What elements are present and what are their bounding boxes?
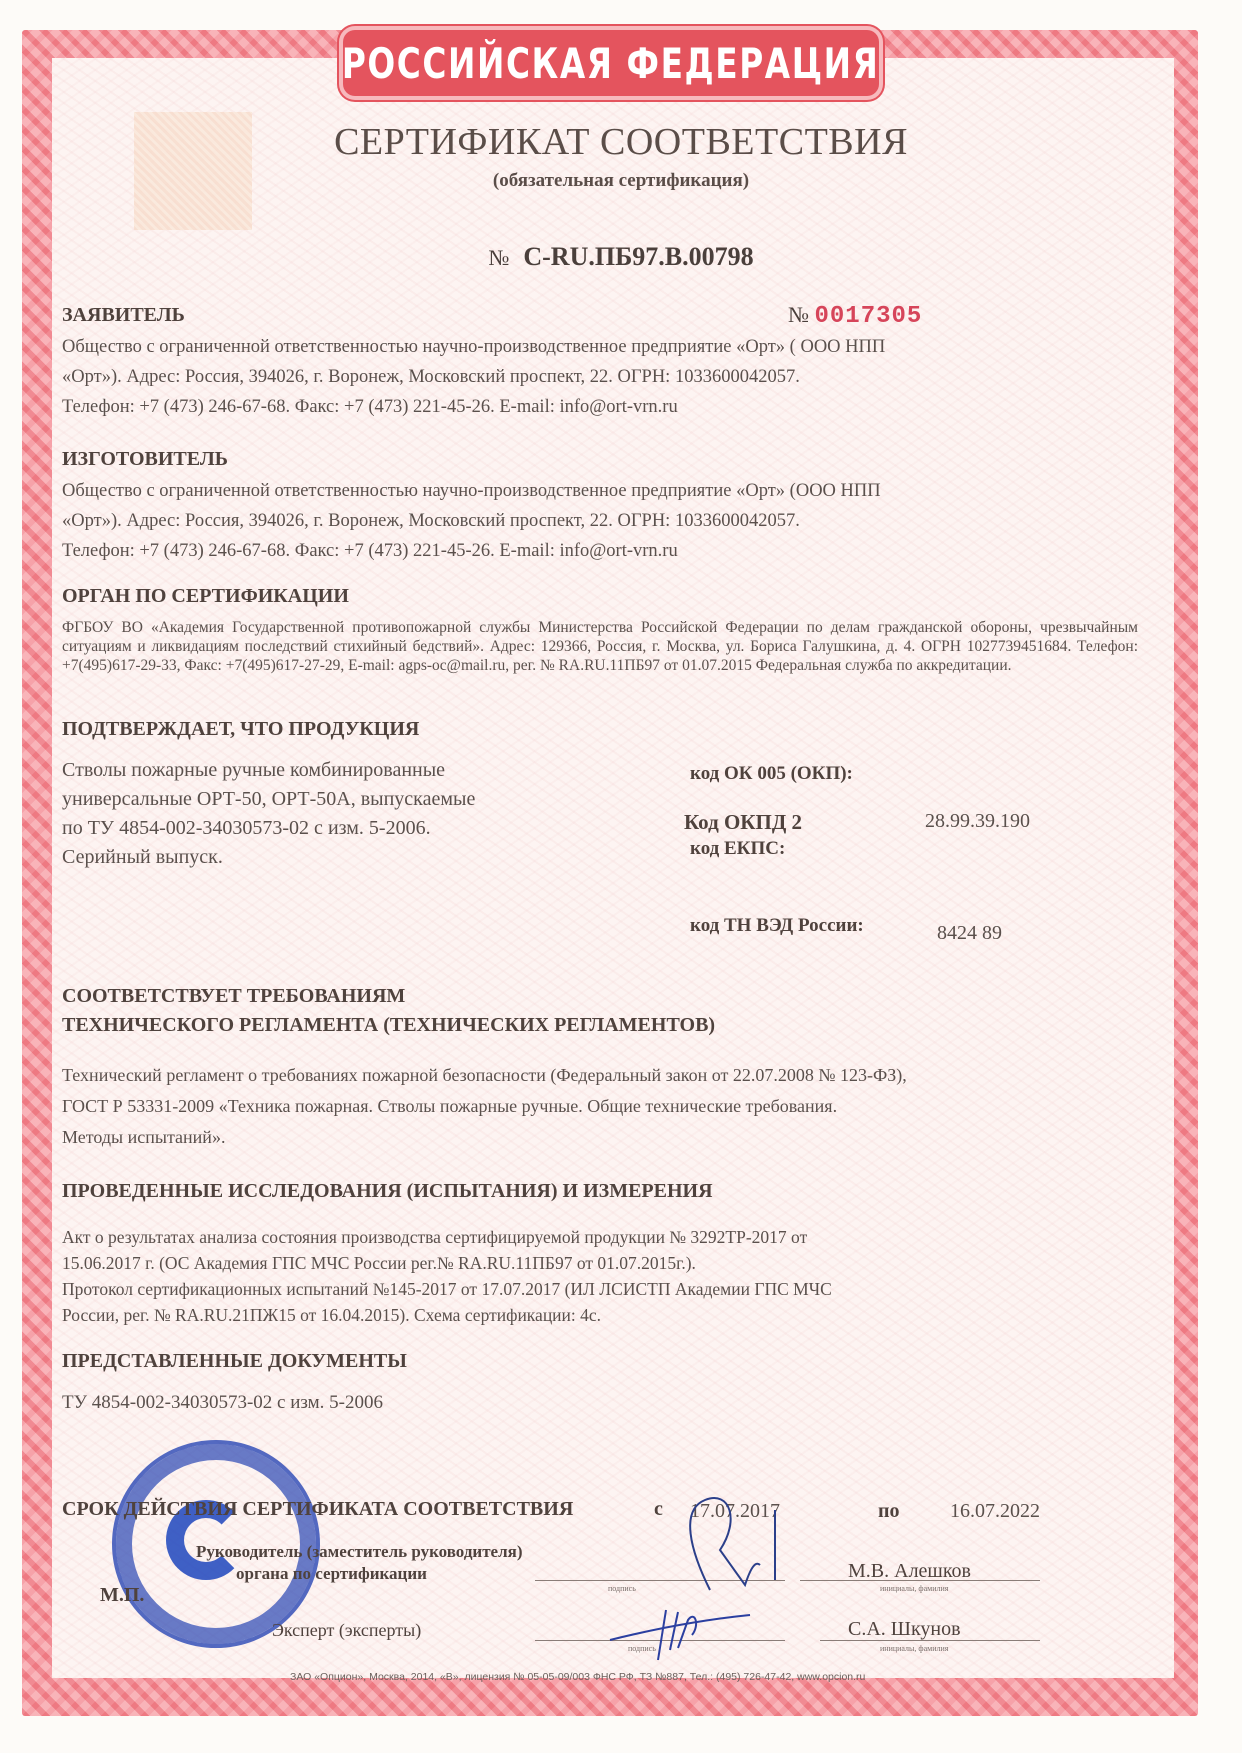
product-line: Стволы пожарные ручные комбинированные [62,756,582,785]
document-title: СЕРТИФИКАТ СООТВЕТСТВИЯ [0,120,1242,164]
head-signatory-label-line1: Руководитель (заместитель руководителя) [196,1542,523,1562]
validity-label: СРОК ДЕЙСТВИЯ СЕРТИФИКАТА СООТВЕТСТВИЯ [62,1498,573,1521]
product-heading: ПОДТВЕРЖДАЕТ, ЧТО ПРОДУКЦИЯ [62,718,419,741]
expert-name: С.А. Шкунов [848,1618,961,1641]
certification-body-text: ФГБОУ ВО «Академия Государственной проти… [62,618,1138,675]
printer-imprint: ЗАО «Опцион», Москва, 2014, «В», лицензи… [290,1671,865,1683]
tnved-code-label: код ТН ВЭД России: [690,915,864,937]
applicant-line: «Орт»). Адрес: Россия, 394026, г. Вороне… [62,362,1142,392]
head-handwritten-signature [680,1490,810,1600]
tests-heading: ПРОВЕДЕННЫЕ ИССЛЕДОВАНИЯ (ИСПЫТАНИЯ) И И… [62,1180,713,1203]
documents-text: ТУ 4854-002-34030573-02 с изм. 5-2006 [62,1388,1142,1418]
okp-code-label: код ОК 005 (ОКП): [690,763,853,785]
number-symbol: № [488,245,509,270]
product-description: Стволы пожарные ручные комбинированные у… [62,756,582,872]
ekps-code-label: код ЕКПС: [690,838,785,860]
product-line: Серийный выпуск. [62,843,582,872]
tests-line: Акт о результатах анализа состояния прои… [62,1224,1142,1250]
serial-value: 0017305 [815,303,923,330]
manufacturer-details: Общество с ограниченной ответственностью… [62,476,1142,566]
certificate-number-value: C-RU.ПБ97.В.00798 [523,242,753,271]
tests-text: Акт о результатах анализа состояния прои… [62,1224,1142,1328]
applicant-heading: ЗАЯВИТЕЛЬ [62,304,185,327]
applicant-line: Общество с ограниченной ответственностью… [62,332,1142,362]
okpd2-code-value: 28.99.39.190 [925,810,1030,833]
conformity-heading-line2: ТЕХНИЧЕСКОГО РЕГЛАМЕНТА (ТЕХНИЧЕСКИХ РЕГ… [62,1014,715,1037]
applicant-line: Телефон: +7 (473) 246-67-68. Факс: +7 (4… [62,392,1142,422]
validity-to-label: по [878,1500,900,1523]
form-serial: № 0017305 [788,302,922,330]
expert-label: Эксперт (эксперты) [272,1620,421,1641]
conformity-line: Методы испытаний». [62,1122,1142,1153]
manufacturer-line: Телефон: +7 (473) 246-67-68. Факс: +7 (4… [62,536,1142,566]
banner-text: РОССИЙСКАЯ ФЕДЕРАЦИЯ [342,39,880,88]
tests-line: России, рег. № RA.RU.21ПЖ15 от 16.04.201… [62,1302,1142,1328]
name-caption: инициалы, фамилия [880,1584,948,1593]
serial-symbol: № [788,302,809,327]
okpd2-code-label: Код ОКПД 2 [684,810,802,835]
certificate-number: №C-RU.ПБ97.В.00798 [0,242,1242,272]
manufacturer-line: «Орт»). Адрес: Россия, 394026, г. Вороне… [62,506,1142,536]
conformity-line: Технический регламент о требованиях пожа… [62,1060,1142,1091]
validity-from-label: с [654,1498,663,1521]
document-subtitle: (обязательная сертификация) [0,170,1242,192]
conformity-heading-line1: СООТВЕТСТВУЕТ ТРЕБОВАНИЯМ [62,985,405,1008]
name-caption: инициалы, фамилия [880,1644,948,1653]
tnved-code-value: 8424 89 [937,922,1002,945]
product-line: универсальные ОРТ-50, ОРТ-50А, выпускаем… [62,785,582,814]
applicant-details: Общество с ограниченной ответственностью… [62,332,1142,422]
seal-mark: М.П. [100,1584,144,1607]
tests-line: 15.06.2017 г. (ОС Академия ГПС МЧС Росси… [62,1250,1142,1276]
documents-heading: ПРЕДСТАВЛЕННЫЕ ДОКУМЕНТЫ [62,1350,407,1373]
tests-line: Протокол сертификационных испытаний №145… [62,1276,1142,1302]
manufacturer-heading: ИЗГОТОВИТЕЛЬ [62,448,228,471]
head-signatory-name: М.В. Алешков [848,1560,971,1583]
country-banner: РОССИЙСКАЯ ФЕДЕРАЦИЯ [343,30,879,96]
expert-handwritten-signature [600,1590,760,1670]
conformity-line: ГОСТ Р 53331-2009 «Техника пожарная. Ств… [62,1091,1142,1122]
conformity-text: Технический регламент о требованиях пожа… [62,1060,1142,1153]
product-line: по ТУ 4854-002-34030573-02 с изм. 5-2006… [62,814,582,843]
head-signatory-label-line2: органа по сертификации [236,1564,427,1584]
certification-body-heading: ОРГАН ПО СЕРТИФИКАЦИИ [62,585,349,608]
manufacturer-line: Общество с ограниченной ответственностью… [62,476,1142,506]
validity-to-date: 16.07.2022 [950,1500,1040,1523]
